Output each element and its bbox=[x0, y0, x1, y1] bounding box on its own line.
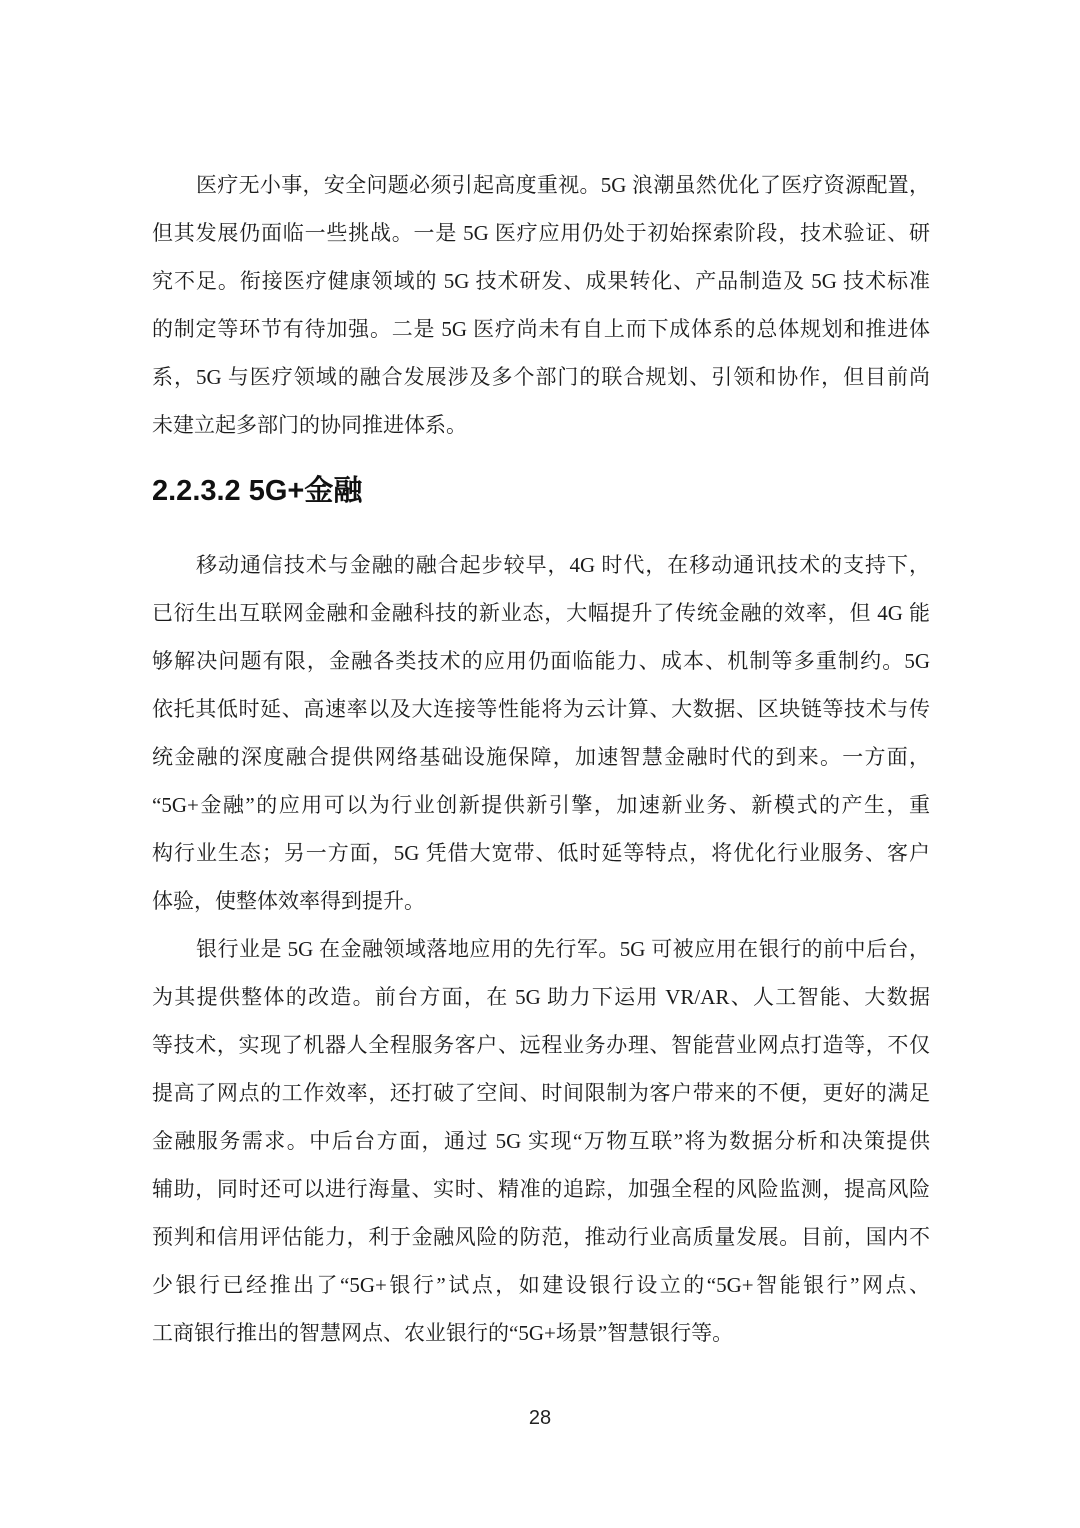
text-line: 提高了网点的工作效率，还打破了空间、时间限制为客户带来的不便，更好的满足 bbox=[152, 1069, 930, 1117]
page-number: 28 bbox=[0, 1406, 1080, 1430]
text-line: 究不足。衔接医疗健康领域的 5G 技术研发、成果转化、产品制造及 5G 技术标准 bbox=[152, 257, 930, 305]
paragraph-5g-finance-overview: 移动通信技术与金融的融合起步较早，4G 时代，在移动通讯技术的支持下，已衍生出互… bbox=[152, 541, 930, 925]
paragraph-5g-banking-applications: 银行业是 5G 在金融领域落地应用的先行军。5G 可被应用在银行的前中后台，为其… bbox=[152, 925, 930, 1357]
text-line: 辅助，同时还可以进行海量、实时、精准的追踪，加强全程的风险监测，提高风险 bbox=[152, 1165, 930, 1213]
text-line: 但其发展仍面临一些挑战。一是 5G 医疗应用仍处于初始探索阶段，技术验证、研 bbox=[152, 209, 930, 257]
text-line: 够解决问题有限，金融各类技术的应用仍面临能力、成本、机制等多重制约。5G bbox=[152, 637, 930, 685]
text-line: 依托其低时延、高速率以及大连接等性能将为云计算、大数据、区块链等技术与传 bbox=[152, 685, 930, 733]
page-content: 医疗无小事，安全问题必须引起高度重视。5G 浪潮虽然优化了医疗资源配置，但其发展… bbox=[152, 161, 930, 1357]
text-line: 医疗无小事，安全问题必须引起高度重视。5G 浪潮虽然优化了医疗资源配置， bbox=[152, 161, 930, 209]
text-line: 统金融的深度融合提供网络基础设施保障，加速智慧金融时代的到来。一方面， bbox=[152, 733, 930, 781]
text-line: 的制定等环节有待加强。二是 5G 医疗尚未有自上而下成体系的总体规划和推进体 bbox=[152, 305, 930, 353]
text-line: 体验，使整体效率得到提升。 bbox=[152, 877, 930, 925]
paragraph-5g-healthcare-challenges: 医疗无小事，安全问题必须引起高度重视。5G 浪潮虽然优化了医疗资源配置，但其发展… bbox=[152, 161, 930, 449]
text-line: 等技术，实现了机器人全程服务客户、远程业务办理、智能营业网点打造等，不仅 bbox=[152, 1021, 930, 1069]
text-line: 银行业是 5G 在金融领域落地应用的先行军。5G 可被应用在银行的前中后台， bbox=[152, 925, 930, 973]
section-heading-5g-finance: 2.2.3.2 5G+金融 bbox=[152, 467, 930, 515]
text-line: “5G+金融”的应用可以为行业创新提供新引擎，加速新业务、新模式的产生，重 bbox=[152, 781, 930, 829]
text-line: 预判和信用评估能力，利于金融风险的防范，推动行业高质量发展。目前，国内不 bbox=[152, 1213, 930, 1261]
text-line: 少银行已经推出了“5G+银行”试点，如建设银行设立的“5G+智能银行”网点、 bbox=[152, 1261, 930, 1309]
text-line: 构行业生态；另一方面，5G 凭借大宽带、低时延等特点，将优化行业服务、客户 bbox=[152, 829, 930, 877]
text-line: 未建立起多部门的协同推进体系。 bbox=[152, 401, 930, 449]
text-line: 系，5G 与医疗领域的融合发展涉及多个部门的联合规划、引领和协作，但目前尚 bbox=[152, 353, 930, 401]
text-line: 已衍生出互联网金融和金融科技的新业态，大幅提升了传统金融的效率，但 4G 能 bbox=[152, 589, 930, 637]
text-line: 工商银行推出的智慧网点、农业银行的“5G+场景”智慧银行等。 bbox=[152, 1309, 930, 1357]
text-line: 为其提供整体的改造。前台方面，在 5G 助力下运用 VR/AR、人工智能、大数据 bbox=[152, 973, 930, 1021]
text-line: 移动通信技术与金融的融合起步较早，4G 时代，在移动通讯技术的支持下， bbox=[152, 541, 930, 589]
text-line: 金融服务需求。中后台方面，通过 5G 实现“万物互联”将为数据分析和决策提供 bbox=[152, 1117, 930, 1165]
